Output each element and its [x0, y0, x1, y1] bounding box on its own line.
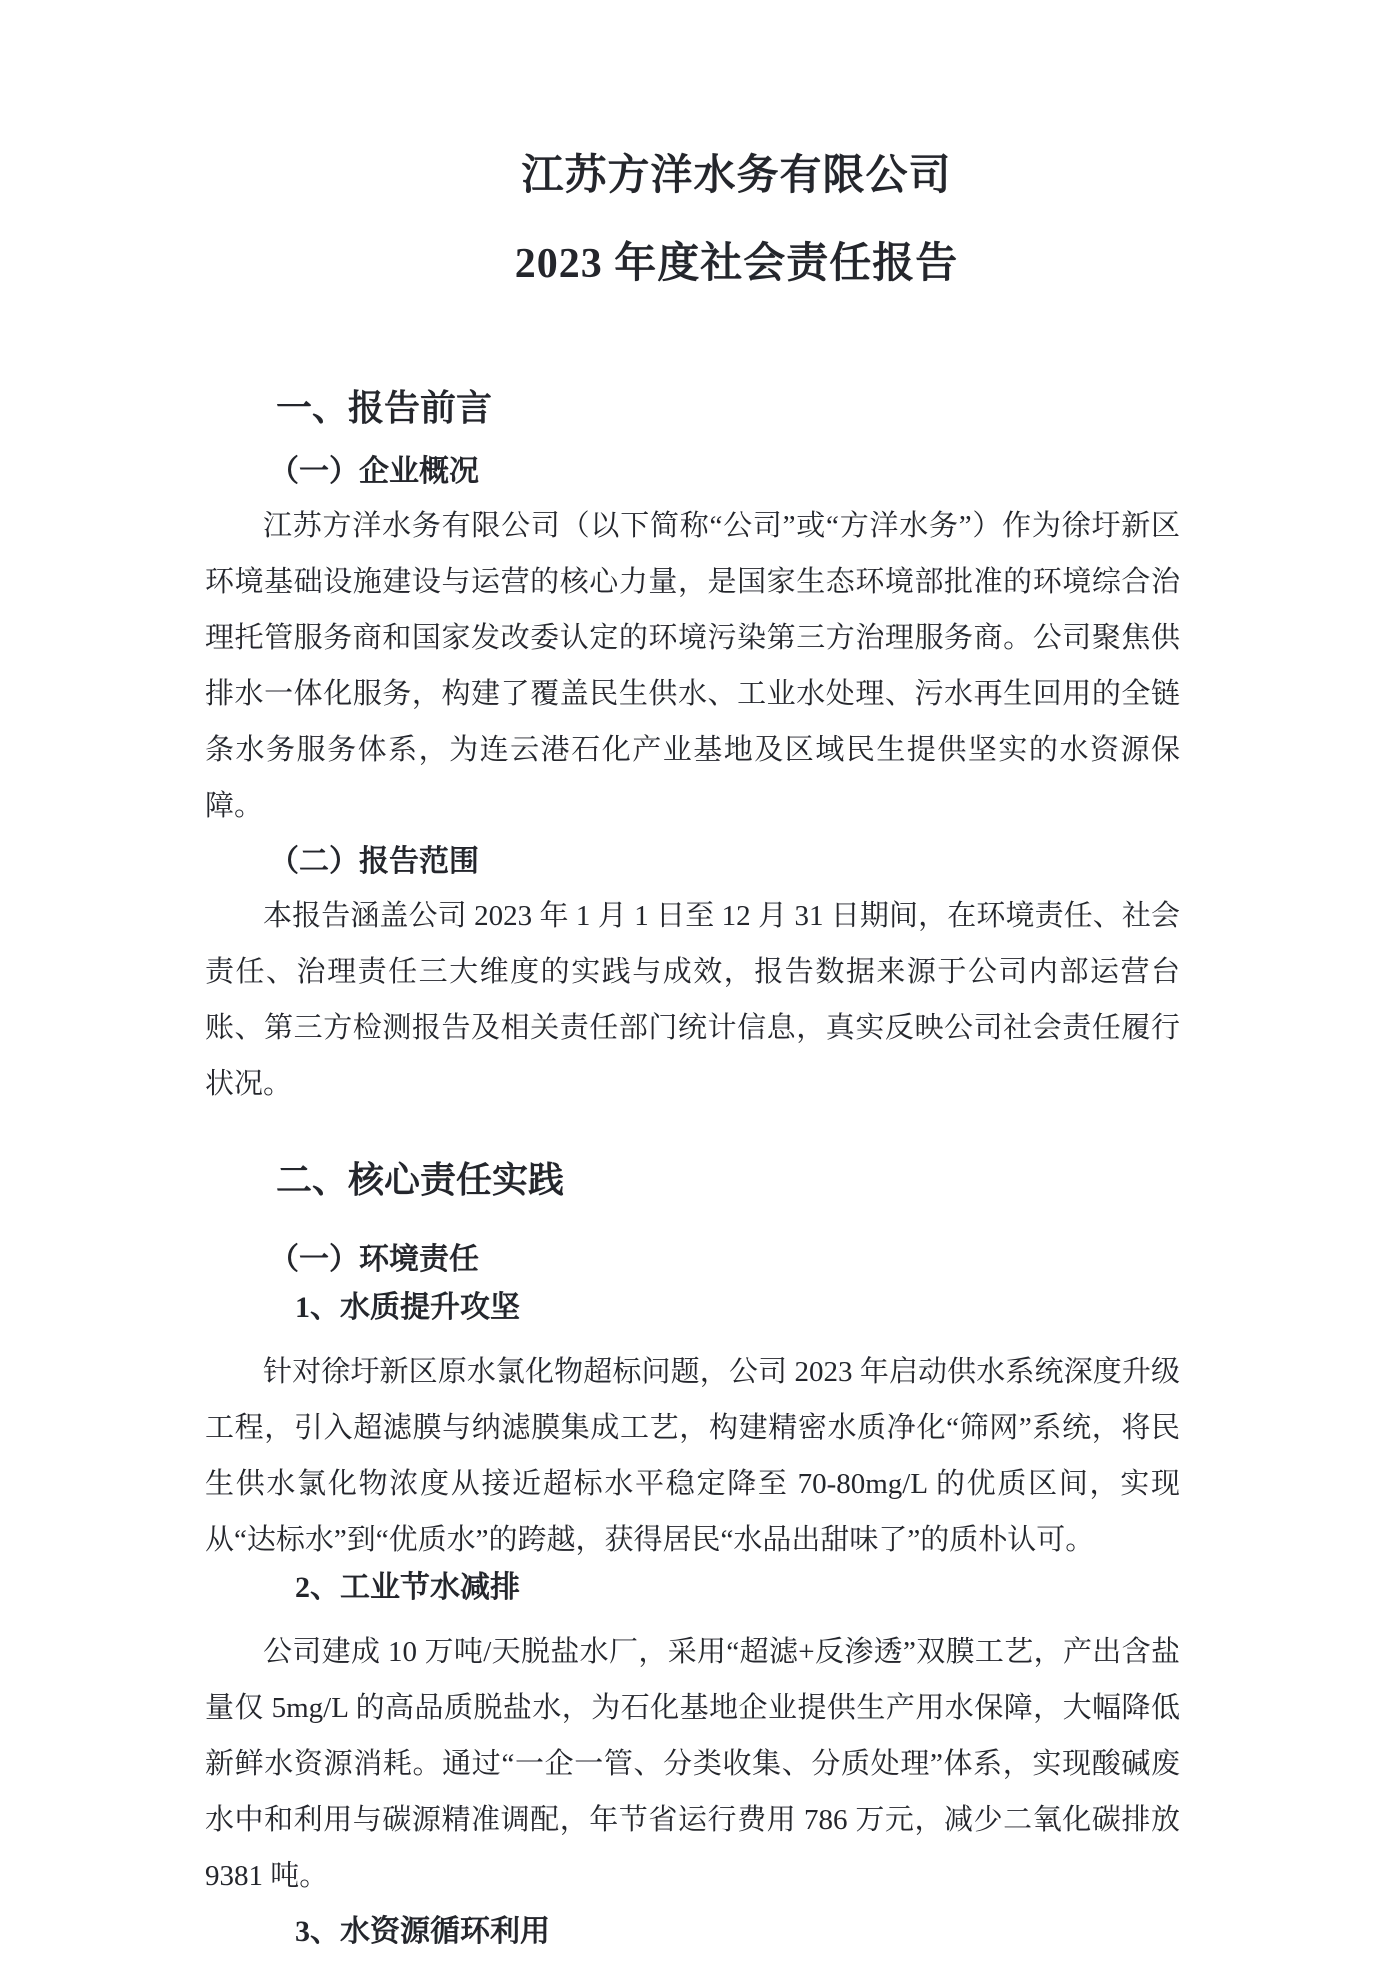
subsection-heading-environmental-responsibility: （一）环境责任 — [269, 1240, 1180, 1280]
item-heading-water-quality: 1、水质提升攻坚 — [295, 1288, 1180, 1328]
paragraph-company-overview: 江苏方洋水务有限公司（以下简称“公司”或“方洋水务”）作为徐圩新区环境基础设施建… — [205, 498, 1180, 834]
document-page: 江苏方洋水务有限公司 2023 年度社会责任报告 一、报告前言 （一）企业概况 … — [0, 0, 1389, 1964]
subsection-heading-report-scope: （二）报告范围 — [269, 842, 1180, 882]
report-subtitle: 2023 年度社会责任报告 — [205, 238, 1180, 290]
section-heading-core-practice: 二、核心责任实践 — [276, 1158, 1180, 1202]
paragraph-water-quality: 针对徐圩新区原水氯化物超标问题，公司 2023 年启动供水系统深度升级工程，引入… — [205, 1344, 1180, 1568]
document-content: 江苏方洋水务有限公司 2023 年度社会责任报告 一、报告前言 （一）企业概况 … — [0, 0, 1389, 1964]
section-heading-preface: 一、报告前言 — [276, 386, 1180, 430]
item-heading-industrial-water-saving: 2、工业节水减排 — [295, 1568, 1180, 1608]
page-title: 江苏方洋水务有限公司 — [205, 150, 1180, 202]
subsection-heading-company-overview: （一）企业概况 — [269, 452, 1180, 492]
item-heading-water-recycling: 3、水资源循环利用 — [295, 1912, 1180, 1952]
paragraph-report-scope: 本报告涵盖公司 2023 年 1 月 1 日至 12 月 31 日期间，在环境责… — [205, 888, 1180, 1112]
paragraph-industrial-water-saving: 公司建成 10 万吨/天脱盐水厂，采用“超滤+反渗透”双膜工艺，产出含盐量仅 5… — [205, 1624, 1180, 1904]
